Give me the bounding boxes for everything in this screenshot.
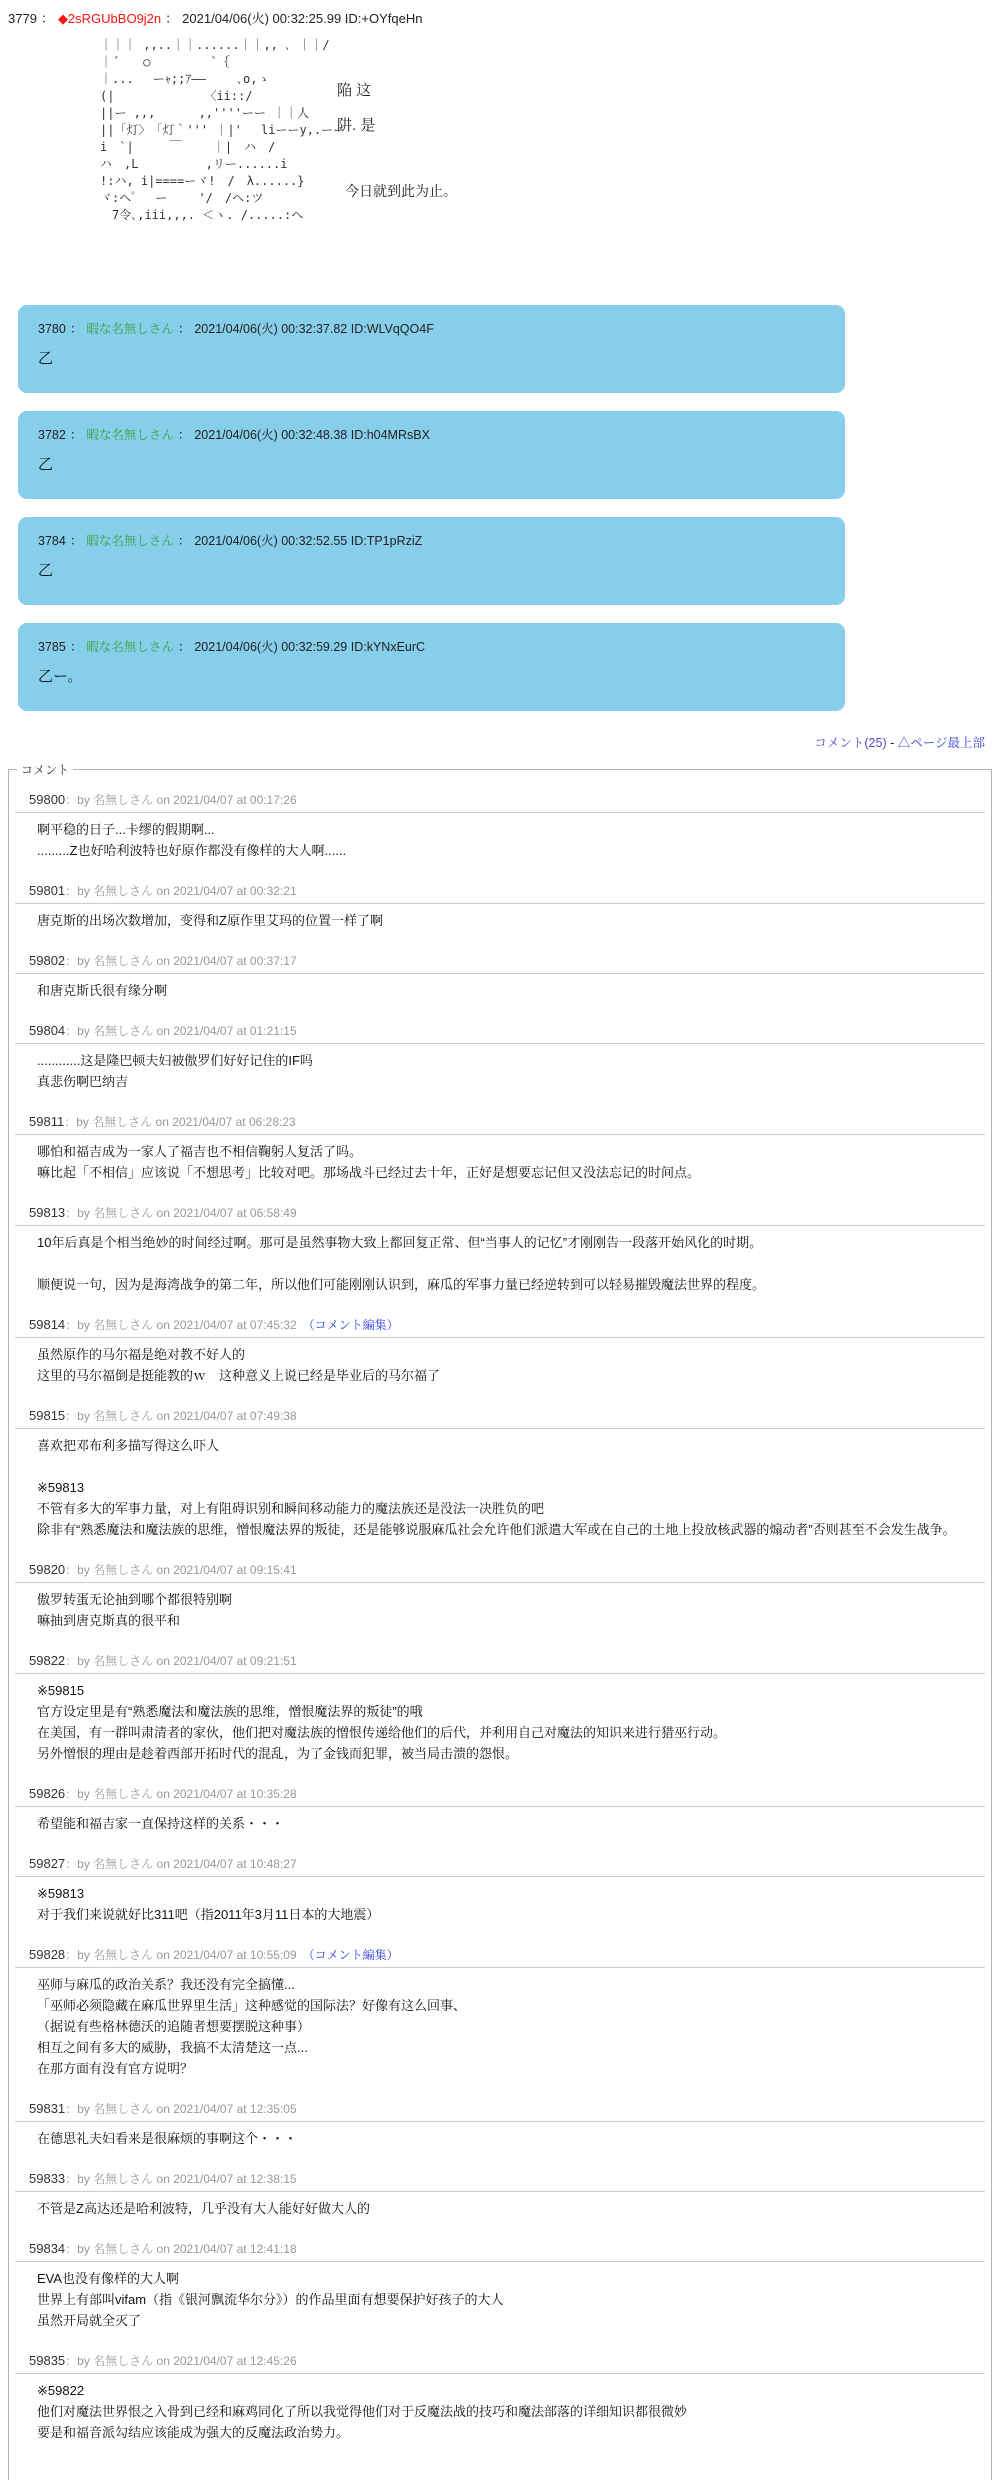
comment-body: 10年后真是个相当绝妙的时间经过啊。那可是虽然事物大致上都回复正常、但“当事人的…: [15, 1226, 985, 1303]
comment-header: 59801：by 名無しさん on 2021/04/07 at 00:32:21: [15, 881, 985, 904]
separator: ：: [65, 1024, 77, 1038]
comment-line: .........Z也好哈利波特也好原作都没有像样的大人啊......: [37, 840, 979, 861]
comment-line: （据说有些格林德沃的追随者想要摆脱这种事）: [37, 2016, 979, 2037]
separator: ：: [65, 954, 77, 968]
comment-item: 59833：by 名無しさん on 2021/04/07 at 12:38:15…: [15, 2169, 985, 2227]
comment-line: 对于我们来说就好比311吧（指2011年3月11日本的大地震）: [37, 1904, 979, 1925]
comment-line: 哪怕和福吉成为一家人了福吉也不相信鞠躬人复活了吗。: [37, 1141, 979, 1162]
reply-header: 3784：暇な名無しさん：2021/04/06(火) 00:32:52.55 I…: [38, 531, 825, 549]
comment-number: 59835: [29, 2353, 65, 2368]
comment-item: 59831：by 名無しさん on 2021/04/07 at 12:35:05…: [15, 2099, 985, 2157]
comment-section-legend: コメント: [17, 761, 73, 778]
comment-meta: by 名無しさん on 2021/04/07 at 10:35:28: [77, 1787, 296, 1801]
comment-line: 唐克斯的出场次数增加，变得和Z原作里艾玛的位置一样了啊: [37, 910, 979, 931]
comment-line: 喜欢把邓布利多描写得这么吓人: [37, 1435, 979, 1456]
comment-body: 唐克斯的出场次数增加，变得和Z原作里艾玛的位置一样了啊: [15, 904, 985, 939]
comment-body: 在德思礼夫妇看来是很麻烦的事啊这个・・・: [15, 2122, 985, 2157]
comment-meta: by 名無しさん on 2021/04/07 at 07:49:38: [77, 1409, 296, 1423]
separator: ：: [65, 2172, 77, 2186]
reply-post: 3782：暇な名無しさん：2021/04/06(火) 00:32:48.38 I…: [18, 411, 845, 499]
ascii-art-speech: 陥 这 阱. 是: [337, 73, 375, 143]
reply-body: 乙ー。: [38, 665, 825, 686]
comment-meta: by 名無しさん on 2021/04/07 at 06:58:49: [77, 1206, 296, 1220]
comment-item: 59801：by 名無しさん on 2021/04/07 at 00:32:21…: [15, 881, 985, 939]
post-tripcode: ◆2sRGUbBO9j2n: [58, 11, 161, 26]
comment-number: 59826: [29, 1786, 65, 1801]
comment-body: 啊平稳的日子...卡缪的假期啊............Z也好哈利波特也好原作都没…: [15, 813, 985, 869]
comment-number: 59822: [29, 1653, 65, 1668]
comment-meta: by 名無しさん on 2021/04/07 at 09:21:51: [77, 1654, 296, 1668]
reply-header: 3780：暇な名無しさん：2021/04/06(火) 00:32:37.82 I…: [38, 319, 825, 337]
comment-item: 59834：by 名無しさん on 2021/04/07 at 12:41:18…: [15, 2239, 985, 2339]
comment-line: ※59813: [37, 1883, 979, 1904]
comment-number: 59804: [29, 1023, 65, 1038]
comment-line: 相互之间有多大的威胁，我搞不太清楚这一点...: [37, 2037, 979, 2058]
comment-meta: by 名無しさん on 2021/04/07 at 12:45:26: [77, 2354, 296, 2368]
comment-meta: by 名無しさん on 2021/04/07 at 10:48:27: [77, 1857, 296, 1871]
comment-header: 59831：by 名無しさん on 2021/04/07 at 12:35:05: [15, 2099, 985, 2122]
comment-body: 喜欢把邓布利多描写得这么吓人 ※59813不管有多大的军事力量，对上有阻碍识别和…: [15, 1429, 985, 1548]
separator: ：: [165, 11, 178, 26]
reply-author-name: 暇な名無しさん: [86, 534, 174, 548]
reply-body: 乙: [38, 453, 825, 474]
separator: ：: [70, 428, 83, 442]
comment-line: 顺便说一句，因为是海湾战争的第二年，所以他们可能刚刚认识到，麻瓜的军事力量已经逆…: [37, 1274, 979, 1295]
separator: ：: [70, 322, 83, 336]
comment-line: 世界上有部叫vifam（指《银河飘流华尔分》）的作品里面有想要保护好孩子的大人: [37, 2289, 979, 2310]
comment-body: ※59813对于我们来说就好比311吧（指2011年3月11日本的大地震）: [15, 1877, 985, 1933]
comment-body: 虽然原作的马尔福是绝对教不好人的这里的马尔福倒是挺能教的ｗ 这种意义上说已经是毕…: [15, 1338, 985, 1394]
comment-number: 59833: [29, 2171, 65, 2186]
thread-nav: コメント(25) - △ページ最上部: [0, 733, 985, 751]
separator: ：: [178, 428, 191, 442]
separator: ：: [65, 1318, 77, 1332]
comment-line: 另外憎恨的理由是趁着西部开拓时代的混乱，为了金钱而犯罪，被当局击溃的怨恨。: [37, 1743, 979, 1764]
reply-number: 3782: [38, 428, 66, 442]
comment-item: 59814：by 名無しさん on 2021/04/07 at 07:45:32…: [15, 1315, 985, 1394]
separator: ：: [178, 640, 191, 654]
comment-header: 59811：by 名無しさん on 2021/04/07 at 06:28:23: [15, 1112, 985, 1135]
comment-meta: by 名無しさん on 2021/04/07 at 01:21:15: [77, 1024, 296, 1038]
comment-meta: by 名無しさん on 2021/04/07 at 12:38:15: [77, 2172, 296, 2186]
comment-header: 59814：by 名無しさん on 2021/04/07 at 07:45:32…: [15, 1315, 985, 1338]
comment-meta: by 名無しさん on 2021/04/07 at 09:15:41: [77, 1563, 296, 1577]
reply-list: 3780：暇な名無しさん：2021/04/06(火) 00:32:37.82 I…: [0, 305, 1000, 711]
reply-number: 3784: [38, 534, 66, 548]
comment-line: 在那方面有没有官方说明？: [37, 2058, 979, 2079]
comment-header: 59835：by 名無しさん on 2021/04/07 at 12:45:26: [15, 2351, 985, 2374]
comment-body: 不管是Z高达还是哈利波特，几乎没有大人能好好做大人的: [15, 2192, 985, 2227]
comment-meta: by 名無しさん on 2021/04/07 at 00:17:26: [77, 793, 296, 807]
comment-line: 他们对魔法世界恨之入骨到已经和麻鸡同化了所以我觉得他们对于反魔法战的技巧和魔法部…: [37, 2401, 979, 2422]
post-header: 3779：◆2sRGUbBO9j2n：2021/04/06(火) 00:32:2…: [0, 0, 1000, 27]
post-datetime-id: 2021/04/06(火) 00:32:25.99 ID:+OYfqeHn: [182, 11, 422, 26]
comment-meta: by 名無しさん on 2021/04/07 at 10:55:09: [77, 1948, 296, 1962]
comment-line: 官方设定里是有“熟悉魔法和魔法族的思维，憎恨魔法界的叛徒”的哦: [37, 1701, 979, 1722]
comment-number: 59827: [29, 1856, 65, 1871]
comment-header: 59804：by 名無しさん on 2021/04/07 at 01:21:15: [15, 1021, 985, 1044]
separator: ：: [65, 1206, 77, 1220]
comment-body: ※59822他们对魔法世界恨之入骨到已经和麻鸡同化了所以我觉得他们对于反魔法战的…: [15, 2374, 985, 2451]
comment-line: 「巫师必须隐藏在麻瓜世界里生活」这种感觉的国际法？好像有这么回事、: [37, 1995, 979, 2016]
comment-body: 希望能和福吉家一直保持这样的关系・・・: [15, 1807, 985, 1842]
reply-header: 3785：暇な名無しさん：2021/04/06(火) 00:32:59.29 I…: [38, 637, 825, 655]
comment-header: 59800：by 名無しさん on 2021/04/07 at 00:17:26: [15, 790, 985, 813]
comment-line: ............这是隆巴顿夫妇被傲罗们好好记住的IF吗: [37, 1050, 979, 1071]
comment-number: 59828: [29, 1947, 65, 1962]
separator: ：: [65, 793, 77, 807]
comment-meta: by 名無しさん on 2021/04/07 at 00:32:21: [77, 884, 296, 898]
comment-line: EVA也没有像样的大人啊: [37, 2268, 979, 2289]
reply-author-name: 暇な名無しさん: [86, 322, 174, 336]
separator: ：: [65, 2354, 77, 2368]
comment-line: 在美国，有一群叫肃清者的家伙，他们把对魔法族的憎恨传递给他们的后代，并利用自己对…: [37, 1722, 979, 1743]
comment-body: ※59815官方设定里是有“熟悉魔法和魔法族的思维，憎恨魔法界的叛徒”的哦在美国…: [15, 1674, 985, 1772]
separator: ：: [65, 2102, 77, 2116]
comment-header: 59826：by 名無しさん on 2021/04/07 at 10:35:28: [15, 1784, 985, 1807]
comment-body: 傲罗转蛋无论抽到哪个都很特别啊嘛抽到唐克斯真的很平和: [15, 1583, 985, 1639]
comment-item: 59813：by 名無しさん on 2021/04/07 at 06:58:49…: [15, 1203, 985, 1303]
comment-meta: by 名無しさん on 2021/04/07 at 06:28:23: [76, 1115, 295, 1129]
comment-line: 不管有多大的军事力量，对上有阻碍识别和瞬间移动能力的魔法族还是没法一决胜负的吧: [37, 1498, 979, 1519]
reply-datetime-id: 2021/04/06(火) 00:32:37.82 ID:WLVqQO4F: [194, 322, 433, 336]
comment-item: 59802：by 名無しさん on 2021/04/07 at 00:37:17…: [15, 951, 985, 1009]
comment-list: 59800：by 名無しさん on 2021/04/07 at 00:17:26…: [15, 790, 985, 2451]
reply-author-name: 暇な名無しさん: [86, 428, 174, 442]
comment-header: 59822：by 名無しさん on 2021/04/07 at 09:21:51: [15, 1651, 985, 1674]
reply-datetime-id: 2021/04/06(火) 00:32:59.29 ID:kYNxEurC: [194, 640, 425, 654]
reply-author-name: 暇な名無しさん: [86, 640, 174, 654]
comment-body: EVA也没有像样的大人啊世界上有部叫vifam（指《银河飘流华尔分》）的作品里面…: [15, 2262, 985, 2339]
comment-line: 傲罗转蛋无论抽到哪个都很特别啊: [37, 1589, 979, 1610]
comments-count-link[interactable]: コメント(25): [814, 736, 886, 750]
separator: ：: [65, 1948, 77, 1962]
comment-line: 啊平稳的日子...卡缪的假期啊...: [37, 819, 979, 840]
comment-meta: by 名無しさん on 2021/04/07 at 12:41:18: [77, 2242, 296, 2256]
reply-number: 3785: [38, 640, 66, 654]
comment-header: 59827：by 名無しさん on 2021/04/07 at 10:48:27: [15, 1854, 985, 1877]
nav-separator: -: [887, 736, 898, 750]
comment-header: 59802：by 名無しさん on 2021/04/07 at 00:37:17: [15, 951, 985, 974]
comment-meta: by 名無しさん on 2021/04/07 at 00:37:17: [77, 954, 296, 968]
comment-line: 和唐克斯氏很有缘分啊: [37, 980, 979, 1001]
separator: ：: [65, 2242, 77, 2256]
comment-line: 除非有“熟悉魔法和魔法族的思维，憎恨魔法界的叛徒，还是能够说服麻瓜社会允许他们派…: [37, 1519, 979, 1540]
comment-section: コメント 59800：by 名無しさん on 2021/04/07 at 00:…: [8, 761, 992, 2480]
ascii-art-block: ｜｜｜ ,,..｜｜......｜｜,, ､ ｜｜/ ｜´ ○ `｛ ｜... …: [100, 37, 1000, 249]
comment-item: 59828：by 名無しさん on 2021/04/07 at 10:55:09…: [15, 1945, 985, 2087]
reply-body: 乙: [38, 559, 825, 580]
comment-line: 真悲伤啊巴纳吉: [37, 1071, 979, 1092]
comment-line: [37, 1456, 979, 1477]
reply-header: 3782：暇な名無しさん：2021/04/06(火) 00:32:48.38 I…: [38, 425, 825, 443]
comment-header: 59834：by 名無しさん on 2021/04/07 at 12:41:18: [15, 2239, 985, 2262]
comment-line: 不管是Z高达还是哈利波特，几乎没有大人能好好做大人的: [37, 2198, 979, 2219]
reply-post: 3780：暇な名無しさん：2021/04/06(火) 00:32:37.82 I…: [18, 305, 845, 393]
comment-item: 59835：by 名無しさん on 2021/04/07 at 12:45:26…: [15, 2351, 985, 2451]
post-number: 3779: [8, 11, 37, 26]
comment-header: 59833：by 名無しさん on 2021/04/07 at 12:38:15: [15, 2169, 985, 2192]
separator: ：: [64, 1115, 76, 1129]
comment-line: ※59822: [37, 2380, 979, 2401]
separator: ：: [70, 640, 83, 654]
comment-line: 嘛抽到唐克斯真的很平和: [37, 1610, 979, 1631]
comment-item: 59827：by 名無しさん on 2021/04/07 at 10:48:27…: [15, 1854, 985, 1933]
comment-meta: by 名無しさん on 2021/04/07 at 12:35:05: [77, 2102, 296, 2116]
comment-number: 59820: [29, 1562, 65, 1577]
comment-body: 巫师与麻瓜的政治关系？我还没有完全搞懂...「巫师必须隐藏在麻瓜世界里生活」这种…: [15, 1968, 985, 2087]
separator: ：: [65, 1857, 77, 1871]
separator: ：: [65, 1787, 77, 1801]
comment-line: 虽然开局就全灭了: [37, 2310, 979, 2331]
comment-item: 59822：by 名無しさん on 2021/04/07 at 09:21:51…: [15, 1651, 985, 1772]
comment-body: 哪怕和福吉成为一家人了福吉也不相信鞠躬人复活了吗。嘛比起「不相信」应该说「不想思…: [15, 1135, 985, 1191]
comment-body: 和唐克斯氏很有缘分啊: [15, 974, 985, 1009]
comment-header: 59815：by 名無しさん on 2021/04/07 at 07:49:38: [15, 1406, 985, 1429]
separator: ：: [178, 322, 191, 336]
comment-header: 59820：by 名無しさん on 2021/04/07 at 09:15:41: [15, 1560, 985, 1583]
comment-body: ............这是隆巴顿夫妇被傲罗们好好记住的IF吗真悲伤啊巴纳吉: [15, 1044, 985, 1100]
comment-number: 59813: [29, 1205, 65, 1220]
comment-item: 59820：by 名無しさん on 2021/04/07 at 09:15:41…: [15, 1560, 985, 1639]
comment-number: 59815: [29, 1408, 65, 1423]
comment-number: 59831: [29, 2101, 65, 2116]
comment-number: 59800: [29, 792, 65, 807]
comment-line: [37, 1253, 979, 1274]
comment-number: 59801: [29, 883, 65, 898]
comment-line: 巫师与麻瓜的政治关系？我还没有完全搞懂...: [37, 1974, 979, 1995]
separator: ：: [178, 534, 191, 548]
separator: ：: [65, 1563, 77, 1577]
comment-line: 这里的马尔福倒是挺能教的ｗ 这种意义上说已经是毕业后的马尔福了: [37, 1365, 979, 1386]
comment-line: 在德思礼夫妇看来是很麻烦的事啊这个・・・: [37, 2128, 979, 2149]
comment-line: 10年后真是个相当绝妙的时间经过啊。那可是虽然事物大致上都回复正常、但“当事人的…: [37, 1232, 979, 1253]
separator: ：: [65, 1654, 77, 1668]
comment-header: 59813：by 名無しさん on 2021/04/07 at 06:58:49: [15, 1203, 985, 1226]
comment-item: 59811：by 名無しさん on 2021/04/07 at 06:28:23…: [15, 1112, 985, 1191]
comment-item: 59826：by 名無しさん on 2021/04/07 at 10:35:28…: [15, 1784, 985, 1842]
comment-number: 59834: [29, 2241, 65, 2256]
comment-number: 59802: [29, 953, 65, 968]
comment-edit-link[interactable]: （コメント編集）: [303, 1318, 399, 1332]
reply-post: 3784：暇な名無しさん：2021/04/06(火) 00:32:52.55 I…: [18, 517, 845, 605]
comment-number: 59811: [29, 1114, 64, 1129]
reply-datetime-id: 2021/04/06(火) 00:32:52.55 ID:TP1pRziZ: [194, 534, 422, 548]
comment-edit-link[interactable]: （コメント編集）: [303, 1948, 399, 1962]
reply-number: 3780: [38, 322, 66, 336]
page-top-link[interactable]: △ページ最上部: [898, 736, 985, 750]
comment-number: 59814: [29, 1317, 65, 1332]
separator: ：: [65, 1409, 77, 1423]
comment-item: 59800：by 名無しさん on 2021/04/07 at 00:17:26…: [15, 790, 985, 869]
reply-post: 3785：暇な名無しさん：2021/04/06(火) 00:32:59.29 I…: [18, 623, 845, 711]
comment-item: 59804：by 名無しさん on 2021/04/07 at 01:21:15…: [15, 1021, 985, 1100]
comment-line: 虽然原作的马尔福是绝对教不好人的: [37, 1344, 979, 1365]
comment-line: 嘛比起「不相信」应该说「不想思考」比较对吧。那场战斗已经过去十年，正好是想要忘记…: [37, 1162, 979, 1183]
comment-line: 要是和福音派勾结应该能成为强大的反魔法政治势力。: [37, 2422, 979, 2443]
comment-line: ※59813: [37, 1477, 979, 1498]
separator: ：: [65, 884, 77, 898]
reply-datetime-id: 2021/04/06(火) 00:32:48.38 ID:h04MRsBX: [194, 428, 430, 442]
post-closing-text: 今日就到此为止。: [345, 181, 457, 201]
comment-item: 59815：by 名無しさん on 2021/04/07 at 07:49:38…: [15, 1406, 985, 1548]
comment-line: ※59815: [37, 1680, 979, 1701]
comment-line: 希望能和福吉家一直保持这样的关系・・・: [37, 1813, 979, 1834]
comment-meta: by 名無しさん on 2021/04/07 at 07:45:32: [77, 1318, 296, 1332]
ascii-art: ｜｜｜ ,,..｜｜......｜｜,, ､ ｜｜/ ｜´ ○ `｛ ｜... …: [100, 37, 1000, 224]
separator: ：: [41, 11, 54, 26]
reply-body: 乙: [38, 347, 825, 368]
comment-header: 59828：by 名無しさん on 2021/04/07 at 10:55:09…: [15, 1945, 985, 1968]
separator: ：: [70, 534, 83, 548]
